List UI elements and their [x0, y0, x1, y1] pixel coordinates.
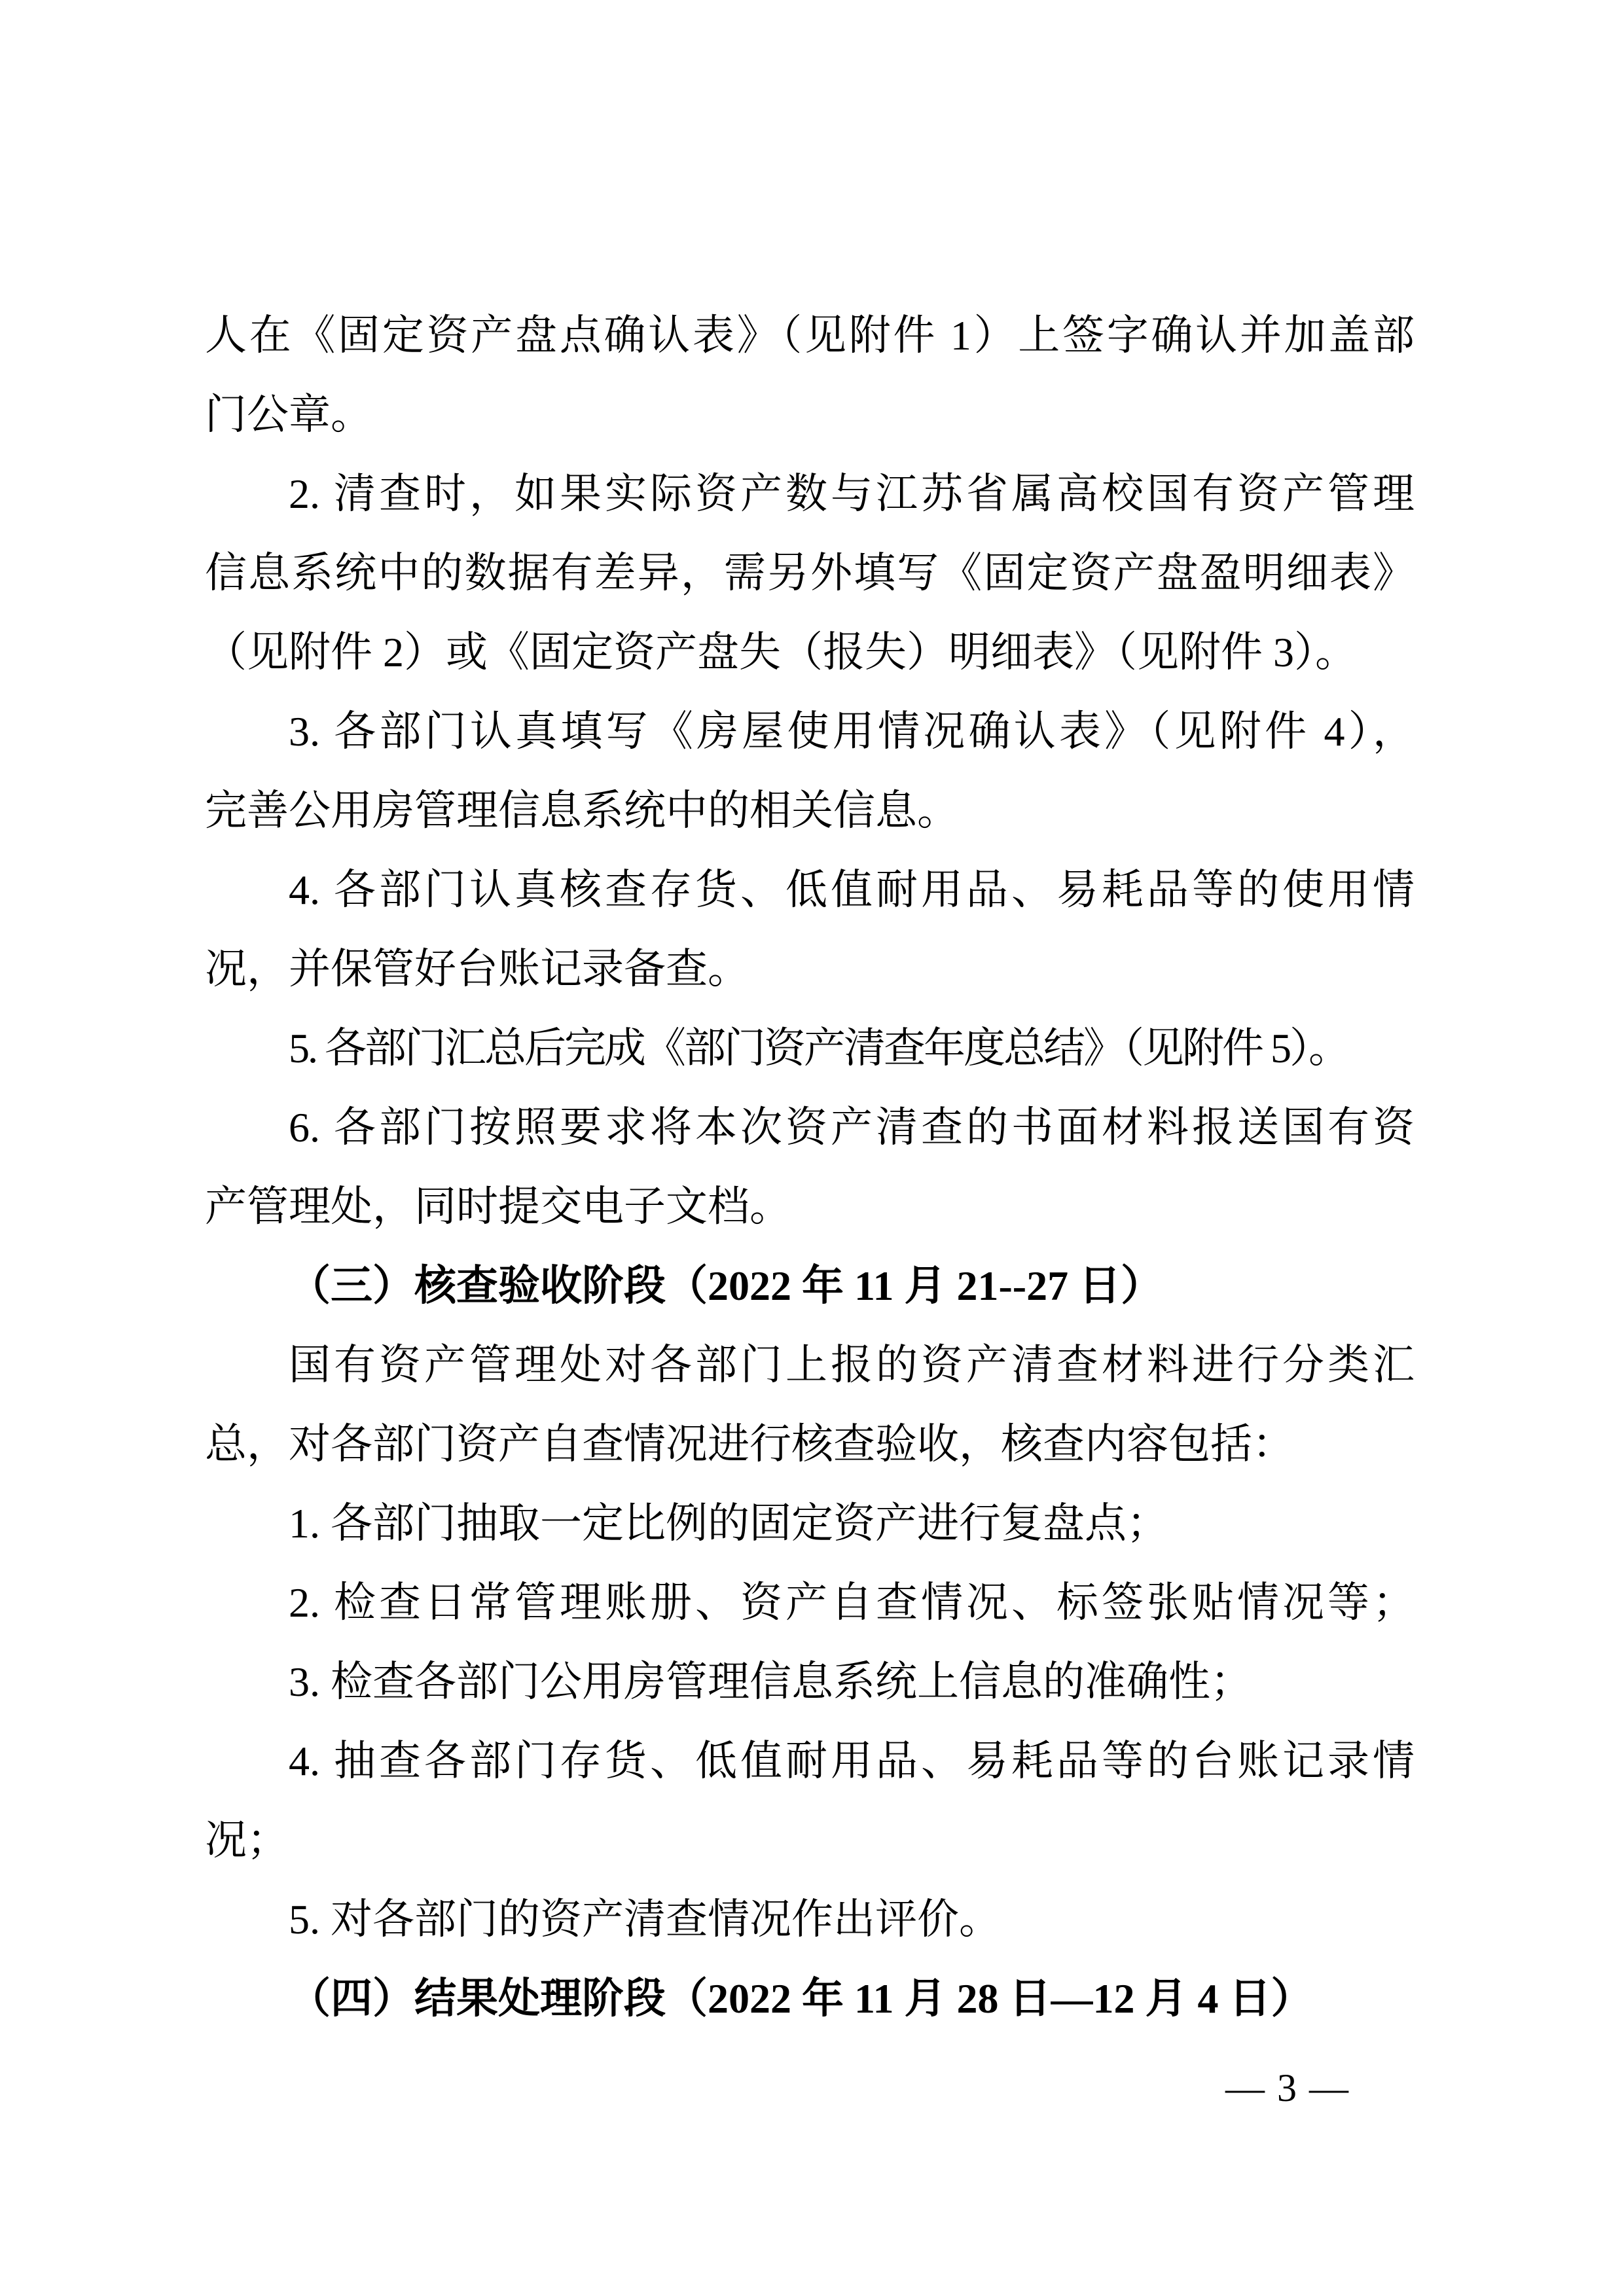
list-item-line: 1. 各部门抽取一定比例的固定资产进行复盘点； [205, 1484, 1415, 1563]
body-line: 国有资产管理处对各部门上报的资产清查材料进行分类汇 [205, 1325, 1415, 1405]
body-line: 况，并保管好台账记录备查。 [205, 929, 1415, 1009]
list-item-line: 6. 各部门按照要求将本次资产清查的书面材料报送国有资 [205, 1088, 1415, 1167]
list-item-line: 3. 各部门认真填写《房屋使用情况确认表》（见附件 4）， [205, 692, 1415, 771]
list-item-line: 5. 各部门汇总后完成《部门资产清查年度总结》（见附件 5）。 [205, 1009, 1415, 1088]
body-line: 门公章。 [205, 375, 1415, 454]
body-line: 总，对各部门资产自查情况进行核查验收，核查内容包括： [205, 1405, 1415, 1484]
list-item-line: 4. 各部门认真核查存货、低值耐用品、易耗品等的使用情 [205, 850, 1415, 929]
section-heading-verification-stage: （三）核查验收阶段（2022 年 11 月 21--27 日） [205, 1246, 1415, 1325]
section-heading-result-stage: （四）结果处理阶段（2022 年 11 月 28 日—12 月 4 日） [205, 1959, 1415, 2038]
list-item-line: 3. 检查各部门公用房管理信息系统上信息的准确性； [205, 1642, 1415, 1721]
body-line: 产管理处，同时提交电子文档。 [205, 1167, 1415, 1246]
list-item-line: 4. 抽查各部门存货、低值耐用品、易耗品等的台账记录情 [205, 1721, 1415, 1801]
body-line: 完善公用房管理信息系统中的相关信息。 [205, 771, 1415, 850]
document-text-block: 人在《固定资产盘点确认表》（见附件 1）上签字确认并加盖部 门公章。 2. 清查… [205, 296, 1415, 2038]
body-line: 况； [205, 1801, 1415, 1880]
page-number: — 3 — [1225, 2058, 1350, 2117]
list-item-line: 5. 对各部门的资产清查情况作出评价。 [205, 1880, 1415, 1959]
body-line: 信息系统中的数据有差异，需另外填写《固定资产盘盈明细表》 [205, 533, 1415, 613]
list-item-line: 2. 检查日常管理账册、资产自查情况、标签张贴情况等； [205, 1563, 1415, 1642]
body-line: （见附件 2）或《固定资产盘失（报失）明细表》（见附件 3）。 [205, 613, 1415, 692]
body-line: 人在《固定资产盘点确认表》（见附件 1）上签字确认并加盖部 [205, 296, 1415, 375]
list-item-line: 2. 清查时，如果实际资产数与江苏省属高校国有资产管理 [205, 454, 1415, 533]
document-page: 人在《固定资产盘点确认表》（见附件 1）上签字确认并加盖部 门公章。 2. 清查… [0, 0, 1624, 2296]
